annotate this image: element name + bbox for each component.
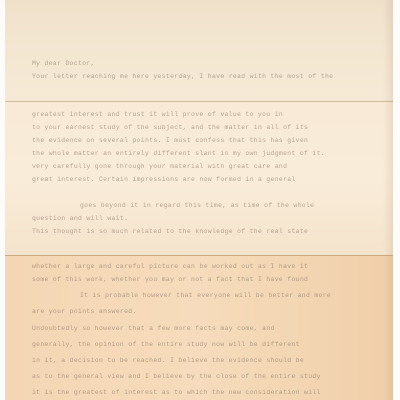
- text-line: it is the greatest of interest as to whi…: [32, 389, 321, 396]
- text-line: greatest interest and trust it will prov…: [32, 111, 283, 118]
- text-line: My dear Doctor,: [32, 60, 95, 67]
- text-line: are your points answered.: [32, 308, 137, 315]
- letter-body: My dear Doctor, Your letter reaching me …: [5, 0, 393, 400]
- text-line: goes beyond it in regard this time, as t…: [80, 202, 314, 209]
- text-line: question and will wait.: [32, 215, 128, 222]
- text-line: It is probable however that everyone wil…: [80, 292, 331, 299]
- text-line: to your earnest study of the subject, an…: [32, 124, 308, 131]
- text-line: This thought is so much related to the k…: [32, 228, 308, 235]
- text-line: great interest. Certain impressions are …: [32, 176, 296, 183]
- text-line: Undoubtedly so however that a few more f…: [32, 325, 275, 332]
- text-line: the whole matter an entirely different s…: [32, 150, 325, 157]
- letter-paper: My dear Doctor, Your letter reaching me …: [5, 0, 393, 400]
- text-line: some of this work, whether you may or no…: [32, 276, 308, 283]
- text-line: very carefully gone through your materia…: [32, 163, 287, 170]
- text-line: in it, a decision to be reached. I belie…: [32, 357, 304, 364]
- text-line: whether a large and careful picture can …: [32, 263, 308, 270]
- text-line: Your letter reaching me here yesterday, …: [32, 73, 333, 80]
- text-line: as to the general view and I believe by …: [32, 373, 321, 380]
- text-line: the evidence on several points. I must c…: [32, 137, 308, 144]
- text-line: generally, the opinion of the entire stu…: [32, 341, 300, 348]
